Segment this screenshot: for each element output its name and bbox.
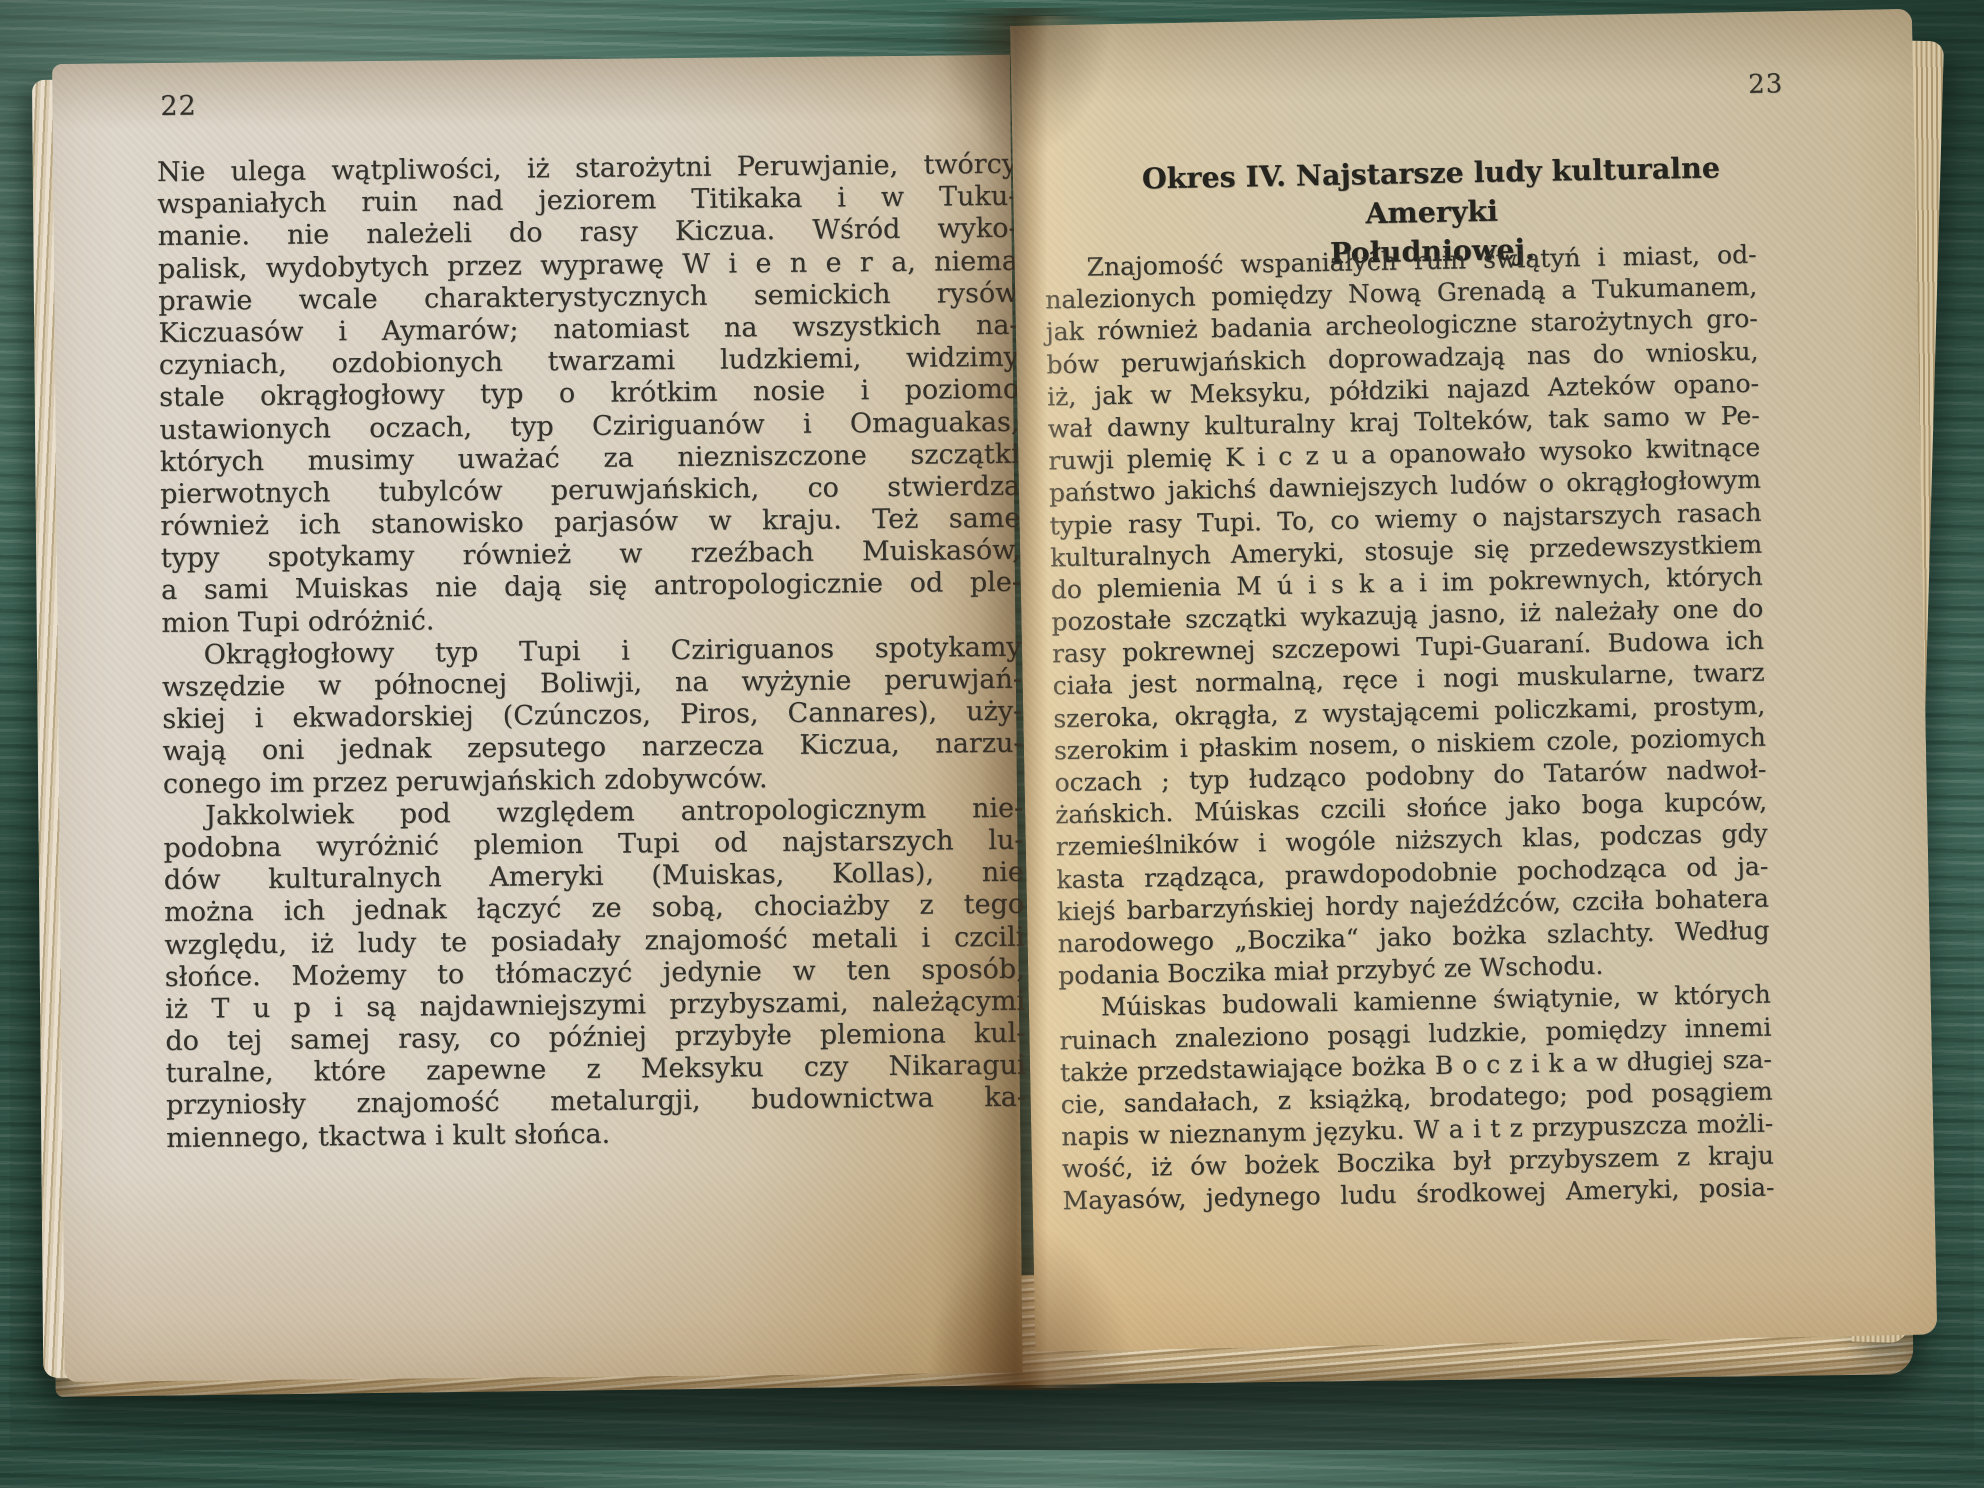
word: jednak [355,895,447,927]
word: uży- [966,696,1022,728]
word: Okrągłogłowy [204,638,395,671]
word: znajomość [356,1087,499,1119]
word: sposób, [921,953,1025,985]
word: z [1509,1113,1523,1142]
word: cie, [1060,1089,1105,1119]
word: pomiędzy [1545,1014,1666,1045]
word: ruin [1414,245,1467,275]
word: rzemieślników [1055,829,1238,862]
word: bów [1046,349,1099,379]
word: jest [1131,669,1177,699]
paragraph: OkrągłogłowytypTupiiCziriguanosspotykamy… [162,632,1024,801]
word: Piros, [680,698,759,730]
word: narzecza [642,731,764,763]
word: oczach [1054,767,1142,798]
word: pozostałe [1051,605,1172,636]
word: z [1305,441,1319,470]
word: gdy [1721,819,1768,849]
word: najeźdźców, [1409,887,1561,919]
word: są [366,992,396,1023]
word: Ameryki, [1565,1175,1679,1206]
word: nie [287,220,329,251]
word: Azteków [1547,370,1655,401]
word: czcili [954,921,1025,953]
word: łudząco [1248,763,1346,794]
word: o [1539,469,1555,498]
word: (Muiskas, [651,859,784,891]
word: rzeźbach [690,537,814,569]
word: się [1473,534,1509,564]
word: w [708,506,731,537]
word: wspaniałych [157,188,326,221]
word: Cziriguanos [671,633,835,666]
word: z [1677,1142,1691,1171]
word: W [682,248,710,279]
word: stosuje [1364,535,1454,566]
word: ludzkiemi, [720,343,862,375]
word: sza- [1722,1044,1772,1074]
word: prostym, [1653,690,1765,721]
word: antropologicznym [680,793,926,826]
word: musimy [307,444,414,476]
word: zepsutego [467,732,606,764]
word: spotykamy [267,541,414,573]
word: przybyszami, [669,987,849,1020]
word: manie. [158,220,251,252]
word: T [211,993,229,1024]
word: i [1531,1049,1540,1078]
word: ruinach [1059,1024,1157,1055]
left-page-text: Nieulegawątpliwości,iżstarożytniPeruwjan… [157,149,1027,1155]
word: później [549,1021,647,1053]
word: w [792,955,815,986]
word: Peruwjanie, [737,150,899,183]
word: posiadały [491,925,621,957]
word: oczach, [369,411,472,443]
paragraph: Znajomośćwspaniałychruinświątyńimiast,od… [1044,240,1770,994]
word: od [1686,852,1718,882]
word: ciała [1052,671,1112,701]
word: wątpliwości, [331,154,501,187]
word: ja- [1737,851,1769,881]
word: wość, [1062,1153,1134,1183]
word: półdziki [1329,375,1429,406]
word: ruwji [1048,445,1114,475]
word: nie [435,572,477,603]
word: starożytni [575,152,712,184]
word: i [728,248,737,279]
word: ludy [358,927,417,959]
word: do [1493,759,1525,789]
word: miast, [1622,241,1700,271]
word: jak [1094,380,1132,410]
word: c [1278,442,1293,471]
word: to [437,959,464,990]
word: wają [162,736,226,768]
paragraph: Jakkolwiekpodwzględemantropologicznymnie… [163,792,1026,1154]
word: należeli [366,218,472,250]
word: i [860,375,869,406]
word: wyróżnić [316,830,439,862]
word: do [1593,339,1625,369]
word: wydobytych [266,251,429,284]
word: ; [1161,766,1170,795]
word: których [1674,980,1771,1011]
word: iż [527,153,550,184]
word: co [807,472,839,503]
word: słońce. [165,961,261,993]
word: ten [846,955,891,986]
word: się [588,571,627,602]
word: sami [204,574,268,606]
word: p [293,992,311,1023]
word: wcale [299,284,378,316]
word: brodatego; [1429,1080,1568,1112]
word: znajomość [644,923,787,955]
word: których [160,446,264,478]
word: Kollas), [832,858,934,890]
word: wiemy [1375,503,1458,534]
word: metalurgji, [550,1085,701,1117]
word: ka- [984,1082,1026,1113]
word: ruin [361,187,418,219]
word: i [254,703,263,734]
word: pochodząca [1517,853,1667,885]
word: jednak [340,734,432,766]
word: łączyć [477,893,562,925]
left-page: 22 Nieulegawątpliwości,iżstarożytniPeruw… [52,55,1023,1382]
word: ze [591,893,622,924]
word: tak [1548,404,1589,434]
word: w [1150,380,1172,409]
word: i [837,183,846,214]
word: ple- [970,567,1021,598]
word: Nikaragui [888,1050,1025,1082]
word: co [1330,505,1360,535]
word: dają [504,572,562,604]
word: przyniosły [166,1089,306,1121]
word: wyko- [937,213,1017,245]
word: przedewszystkiem [1529,529,1762,562]
word: peruwjańskich, [551,473,760,506]
word: i [1416,665,1425,694]
word: poziomo [904,374,1019,406]
word: również [1097,315,1198,346]
word: niskiem [1436,727,1535,758]
word: normalną, [1195,667,1324,698]
word: plemiona [820,1019,946,1051]
word: bożka [1351,1051,1426,1081]
word: Muiskasów, [862,535,1021,568]
word: Nie [157,157,206,188]
word: pokrewnej [1122,636,1256,668]
word: Aymarów; [382,314,519,346]
word: okrągłogłowy [260,380,445,413]
word: bohatera [1655,883,1769,914]
word: parjasów [554,506,678,538]
word: najstarszych [782,825,954,858]
word: ozdobionych [331,347,503,380]
word: tubylców [378,476,502,508]
word: posia- [1699,1173,1775,1203]
word: na [724,312,758,343]
word: policzkami, [1494,693,1638,725]
word: kulturalny [1204,409,1335,440]
right-page-text: Znajomośćwspaniałychruinświątyńimiast,od… [1044,240,1774,1219]
word: nosie [753,376,825,408]
word: Kiczua, [799,729,900,761]
word: wykazują [1300,600,1418,631]
word: szczątki [910,438,1020,470]
word: których [1666,562,1763,593]
word: kraju. [762,505,842,537]
word: badania [1211,313,1312,344]
word: twarzami [548,345,676,377]
word: ludu [1340,1180,1397,1210]
word: n [790,247,808,278]
word: plemion [473,829,583,861]
word: barbarzyńskiej [1126,892,1314,925]
word: czole, [1546,725,1620,755]
word: od [714,827,748,858]
word: wysoko [1539,435,1633,466]
word: a [1361,440,1376,469]
word: nie [982,857,1024,888]
word: Kiczua. [675,215,776,247]
word: budownictwa [751,1083,934,1116]
word: typ [435,637,479,668]
open-book: 22 Nieulegawątpliwości,iżstarożytniPeruw… [0,0,1984,1488]
word: peruwjań- [884,664,1022,696]
word: „Boczika“ [1234,923,1359,954]
word: Tuku- [939,181,1018,213]
word: chociażby [754,890,890,922]
chapter-heading-line-1: Okres IV. Najstarsze ludy kulturalne Ame… [1075,147,1788,239]
word: a [1448,1115,1463,1144]
photo-of-open-book: { "colors": { "fabric_green": "#416a5a",… [0,0,1984,1488]
word: hordy [1325,890,1399,920]
word: To, [1277,506,1315,536]
word: Boczika [1336,1147,1435,1178]
word: tego [964,889,1025,921]
word: K [1225,443,1244,472]
word: budowali [1222,988,1338,1019]
word: jedynego [1206,1182,1321,1213]
word: za [603,442,634,473]
word: podobny [1365,760,1474,791]
word: wyprawę [540,249,664,281]
word: Meksyku, [1189,377,1311,408]
word: kasta [1056,864,1124,894]
word: stale [159,382,225,414]
word: do [509,218,543,249]
word: ulega [230,156,306,188]
word: na [675,667,709,698]
word: iż, [1047,382,1077,412]
word: o [1410,729,1426,758]
word: kul- [974,1018,1026,1049]
word: dawniejszych [1268,471,1438,503]
word: i [1308,570,1317,599]
paragraph: Múiskasbudowalikamienneświątynie,wktóryc… [1059,980,1775,1219]
word: typie [1049,510,1113,540]
word: e [825,247,841,278]
word: rasy, [398,1023,461,1055]
word: Cannares), [787,697,937,729]
word: czciła [1572,886,1645,916]
word: Możemy [291,959,406,991]
paragraph: Nieulegawątpliwości,iżstarożytniPeruwjan… [157,149,1022,640]
word: szeroka, [1053,702,1159,733]
word: i [1179,734,1188,763]
word: kraju [1708,1141,1774,1171]
word: z [1294,699,1308,728]
word: krótkim [610,377,717,409]
word: Według [1675,916,1770,947]
word: one [1672,595,1719,625]
word: ich [1725,626,1764,656]
word: o [1472,502,1488,531]
word: rasy [1052,639,1106,669]
word: Titikaka [691,183,802,215]
word: iż [165,994,188,1025]
word: północnej [374,669,507,701]
word: Tukumanem, [1592,272,1758,304]
word: B [1435,1050,1454,1079]
word: środkowej [1416,1177,1547,1208]
word: nosem, [1309,729,1400,760]
word: nieznanym [1169,1118,1307,1150]
word: w [1596,1047,1618,1076]
word: czcili [1320,794,1386,824]
word: kulturalnych [1050,540,1211,572]
word: same [949,503,1021,535]
word: Też [872,504,918,535]
word: w [1684,402,1706,431]
word: i [1597,243,1606,272]
word: typ [1189,765,1230,795]
word: sandałach, [1123,1086,1259,1118]
word: ów [1190,1151,1227,1181]
word: ich [299,509,340,540]
word: także [1060,1057,1129,1087]
word: poziomych [1630,722,1766,754]
word: książką, [1309,1083,1412,1114]
word: bożka [1452,920,1527,950]
word: opano- [1673,368,1759,399]
word: stwierdza [887,471,1020,503]
word: palisk, [158,253,248,285]
word: uważać [458,443,560,475]
word: a [1561,275,1576,304]
word: skiej [162,704,225,736]
page-number-left: 22 [160,91,197,122]
word: a [1572,1048,1587,1077]
word: przedstawiające [1137,1052,1343,1085]
word: samej [290,1024,370,1056]
word: (Czúnczos, [503,699,652,731]
word: długiej [1626,1045,1713,1076]
word: na- [976,310,1019,341]
word: względu, [164,928,287,960]
word: wogóle [1285,827,1376,858]
word: i [921,922,930,953]
word: u [253,993,271,1024]
word: Múiskas [1194,796,1300,827]
word: gro- [1706,304,1758,334]
word: kwitnące [1645,433,1760,464]
word: co [489,1023,521,1054]
word: wszystkich [792,310,941,342]
word: okrągłogłowym [1566,465,1761,498]
word: jako [1508,791,1561,821]
word: najstarszych [1502,499,1661,531]
word: W [1413,1115,1439,1144]
word: iż [1519,598,1541,627]
word: nalezionych [1045,283,1196,315]
word: tłómaczyć [495,957,633,989]
word: oni [262,735,305,766]
word: klas, [1522,823,1581,853]
word: starożytnych [1530,305,1693,337]
word: typy [161,543,220,575]
word: nas [1527,340,1571,370]
word: wspaniałych [1240,247,1397,279]
word: kamienne [1353,986,1477,1017]
word: M [1236,571,1262,600]
word: rasy [579,217,637,249]
word: jak [1046,317,1084,347]
word: i [621,635,630,666]
word: w [619,539,642,570]
word: i [1257,442,1266,471]
word: rasach [1676,497,1761,528]
word: szczątki [1185,603,1287,634]
word: należącymi [872,986,1025,1018]
word: wystającemi [1322,696,1479,728]
word: Meksyku [641,1052,764,1084]
word: jasno, [1431,599,1506,629]
word: Múiskas [1101,991,1207,1022]
word: ludzkie, [1428,1017,1528,1048]
word: najdawniejszymi [420,989,647,1022]
word: okrągła, [1174,700,1279,731]
word: rasy [1128,508,1182,538]
word: nogi [1443,663,1499,693]
word: należały [1554,596,1659,627]
word: natomiast [553,313,689,345]
word: kiejś [1057,896,1116,926]
word: niższych [1395,824,1503,855]
word: ręce [1342,665,1398,695]
word: od- [1717,240,1757,270]
word: napis [1061,1121,1129,1151]
word: i [1419,568,1428,597]
word: czy [804,1052,849,1083]
word: iż [311,928,334,959]
word: wyżynie [741,665,851,697]
word: peruwjańskich [1121,345,1307,378]
word: twórcy [923,149,1017,181]
word: przybyłe [675,1020,792,1052]
word: semickich [754,279,891,311]
right-page: 23 Okres IV. Najstarsze ludy kulturalne … [1010,9,1937,1352]
word: e [755,248,771,279]
word: ú [1277,571,1294,600]
word: czyniach, [159,349,287,381]
word: pod [400,798,451,829]
word: szlachty. [1546,918,1654,949]
